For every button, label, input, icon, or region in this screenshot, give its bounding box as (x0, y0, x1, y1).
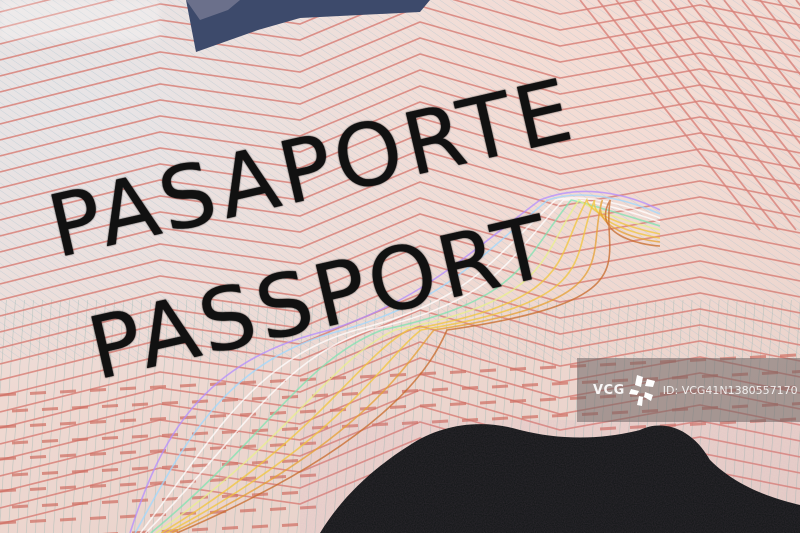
watermark-brand: VCG (593, 383, 625, 398)
passport-photo: PASAPORTE PASSPORT VCG ID: VCG41N1380557… (0, 0, 800, 533)
watermark-id: ID: VCG41N1380557170 (663, 384, 798, 397)
vcg-logo-icon (629, 373, 657, 407)
watermark: VCG ID: VCG41N1380557170 (577, 358, 800, 422)
watermark-logo: VCG (593, 373, 657, 407)
